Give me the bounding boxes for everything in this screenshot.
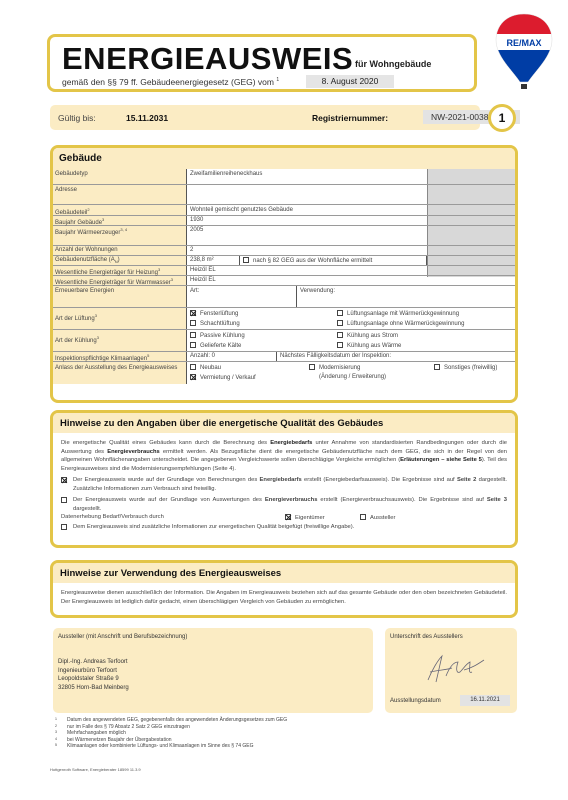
remax-balloon-logo: RE/MAX [494,12,554,92]
reason-option-modernization[interactable]: Modernisierung [309,364,360,371]
reason-modernization-sub: (Änderung / Erweiterung) [319,374,386,380]
signature-image [420,650,490,688]
quality-notes-intro: Die energetische Qualität eines Gebäudes… [53,439,515,473]
checkbox-icon [337,310,343,316]
ventilation-option-heat-recovery[interactable]: Lüftungsanlage mit Wärmerückgewinnung [337,310,459,317]
quality-notes-panel: Hinweise zu den Angaben über die energet… [50,410,518,548]
row-hotwater-carrier: Wesentliche Energieträger für Warmwasser… [53,276,518,286]
building-panel: Gebäude Gebäudetyp Zweifamilienreiheneck… [50,145,518,403]
ventilation-option-window[interactable]: Fensterlüftung [190,310,238,317]
validity-bar: Gültig bis: 15.11.2031 Registriernummer:… [50,105,480,130]
data-collection-row: Datenerhebung Bedarf/Verbrauch durch Eig… [53,514,515,523]
additional-info-option[interactable]: Dem Energieausweis sind zusätzliche Info… [53,523,515,532]
reason-option-new-build[interactable]: Neubau [190,364,221,371]
collection-issuer-option[interactable]: Aussteller [360,514,395,521]
row-issue-reason: Anlass der Ausstellung des Energieauswei… [53,362,518,384]
issue-date-value: 16.11.2021 [460,695,510,706]
checkbox-icon [190,342,196,348]
cooling-option-delivered[interactable]: Gelieferte Kälte [190,342,241,349]
checkbox-icon [360,514,366,520]
row-cooling: Art der Kühlung3 Passive Kühlung Kühlung… [53,330,518,352]
software-credit: Hottgenroth Software, Energieberater 185… [50,767,141,772]
checkbox-icon [61,524,67,530]
signature-heading: Unterschrift des Ausstellers [390,634,463,640]
svg-text:RE/MAX: RE/MAX [506,38,541,48]
checkbox-icon [434,364,440,370]
ventilation-option-shaft[interactable]: Schachtlüftung [190,320,240,327]
row-renewable: Erneuerbare Energien Art: Verwendung: [53,286,518,308]
page-number-badge: 1 [488,104,516,132]
issuer-heading: Aussteller (mit Anschrift und Berufsbeze… [58,634,187,640]
checkbox-icon [337,332,343,338]
footnotes: 1Datum des angewendeten GEG, gegebenenfa… [55,717,287,750]
consumption-certificate-option[interactable]: Der Energieausweis wurde auf der Grundla… [53,496,515,513]
signature-box: Unterschrift des Ausstellers Ausstellung… [385,628,517,713]
valid-until-label: Gültig bis: [58,113,96,123]
row-ventilation: Art der Lüftung3 Fensterlüftung Lüftungs… [53,308,518,330]
document-subtitle: für Wohngebäude [355,59,431,69]
cooling-option-electric[interactable]: Kühlung aus Strom [337,332,398,339]
usage-notes-panel: Hinweise zur Verwendung des Energieauswe… [50,560,518,618]
title-box: ENERGIEAUSWEIS für Wohngebäude gemäß den… [47,34,477,92]
quality-notes-heading: Hinweise zu den Angaben über die energet… [53,413,515,433]
checkbox-icon [190,332,196,338]
checkbox-checked-icon [285,514,291,520]
row-building-type: Gebäudetyp Zweifamilienreiheneckhaus [53,169,518,185]
document-title: ENERGIEAUSWEIS [62,41,353,77]
row-floor-area: Gebäudenutzfläche (AN) 238,8 m² nach § 8… [53,256,518,266]
issuer-box: Aussteller (mit Anschrift und Berufsbeze… [53,628,373,713]
reason-option-other[interactable]: Sonstiges (freiwillig) [434,364,497,371]
usage-notes-text: Energieausweise dienen ausschließlich de… [53,589,515,606]
row-units: Anzahl der Wohnungen 2 [53,246,518,256]
row-ac-inspection: Inspektionspflichtige Klimaanlagen5 Anza… [53,352,518,362]
usage-notes-heading: Hinweise zur Verwendung des Energieauswe… [53,563,515,583]
checkbox-icon [337,320,343,326]
checkbox-icon [190,320,196,326]
row-year-heater: Baujahr Wärmeerzeuger3, 4 2005 [53,226,518,246]
building-heading: Gebäude [53,148,515,169]
issuer-address: Dipl.-Ing. Andreas Terfoort Ingenieurbür… [58,658,129,692]
building-table: Gebäudetyp Zweifamilienreiheneckhaus Adr… [53,169,518,384]
checkbox-icon [61,497,67,503]
checkbox-checked-icon [190,310,196,316]
demand-certificate-option[interactable]: Der Energieausweis wurde auf der Grundla… [53,476,515,493]
reason-option-rent-sale[interactable]: Vermietung / Verkauf [190,374,256,381]
registration-label: Registriernummer: [312,113,388,123]
checkbox-checked-icon [190,374,196,380]
row-building-part: Gebäudeteil2 Wohnteil gemischt genutztes… [53,205,518,216]
footnote: 5Klimaanlagen oder kombinierte Lüftungs-… [55,743,287,750]
ventilation-option-no-heat-recovery[interactable]: Lüftungsanlage ohne Wärmerückgewinnung [337,320,464,327]
checkbox-checked-icon [61,477,67,483]
law-date: 8. August 2020 [306,75,394,88]
valid-until-value: 15.11.2031 [126,113,168,123]
checkbox-icon [190,364,196,370]
cooling-option-heat[interactable]: Kühlung aus Wärme [337,342,401,349]
law-reference: gemäß den §§ 79 ff. Gebäudeenergiegesetz… [62,77,279,87]
row-year-building: Baujahr Gebäude3 1930 [53,216,518,226]
row-address: Adresse [53,185,518,205]
cooling-option-passive[interactable]: Passive Kühlung [190,332,245,339]
collection-owner-option[interactable]: Eigentümer [285,514,325,521]
issue-date-label: Ausstellungsdatum [390,698,441,704]
checkbox-icon [309,364,315,370]
row-heating-carrier: Wesentliche Energieträger für Heizung3 H… [53,266,518,276]
area-from-living-space-checkbox[interactable] [243,257,249,263]
checkbox-icon [337,342,343,348]
